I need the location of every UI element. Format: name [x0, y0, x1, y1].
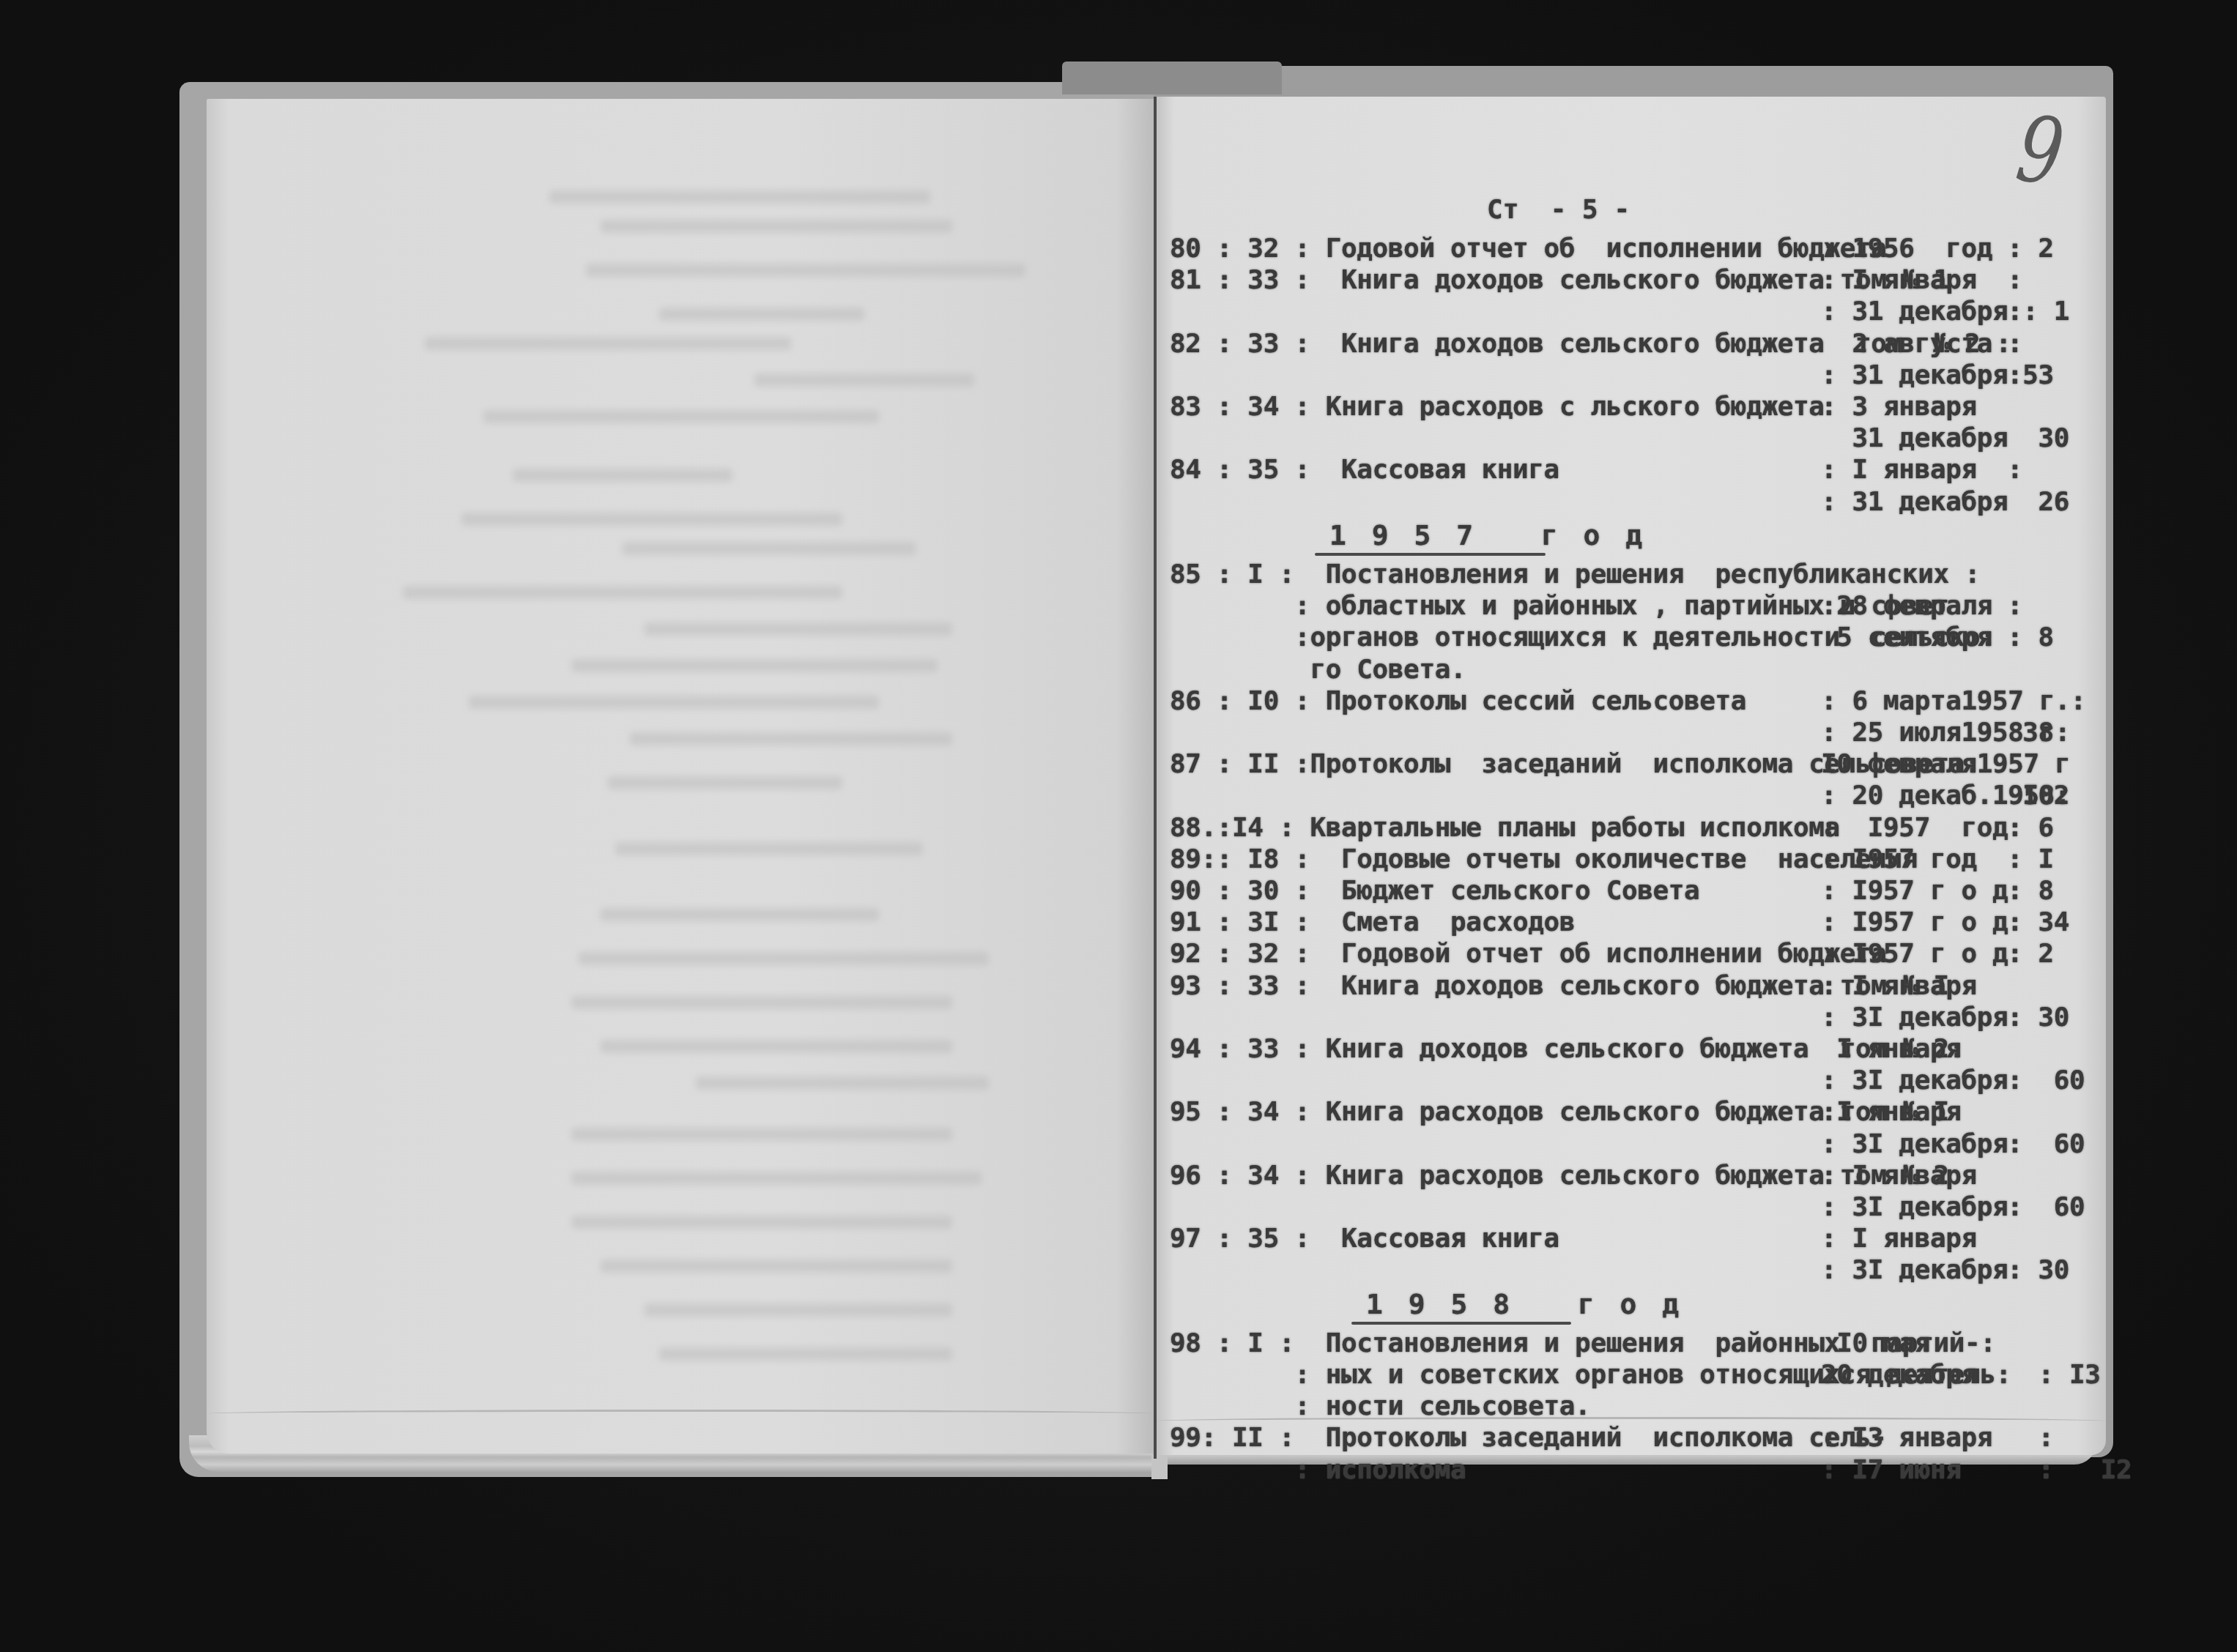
item-dates: : I957 г о д: [1821, 907, 2008, 939]
item-dates: : I957 год: [1821, 812, 2008, 844]
item-description: : ности сельсовета.: [1170, 1391, 1590, 1423]
item-sheet-count: :: [2007, 590, 2022, 622]
item-description: 92 : 32 : Годовой отчет об исполнении бю…: [1170, 938, 1887, 970]
bleed-through-mark: [571, 659, 938, 672]
item-dates: : 3 января: [1821, 391, 1977, 423]
item-dates: : I957 г о д: [1821, 938, 2008, 970]
bleed-through-mark: [469, 696, 879, 709]
item-dates: I0 мая: [1821, 1328, 1930, 1360]
item-dates: : I января: [1821, 1160, 1977, 1192]
item-dates: :28 февраля: [1821, 590, 1992, 622]
item-sheet-count: :: 1: [2007, 296, 2069, 328]
item-sheet-count: : I3: [2007, 1359, 2101, 1391]
item-sheet-count: : 34: [2007, 907, 2069, 939]
item-dates: : I января: [1821, 1223, 1977, 1255]
bleed-through-mark: [403, 586, 842, 599]
bleed-through-mark: [571, 996, 952, 1009]
item-dates: 20 декабря: [1821, 1359, 1977, 1391]
item-dates: : 31 декабря: [1821, 360, 2008, 392]
item-sheet-count: : 30: [2007, 1002, 2069, 1034]
bleed-through-mark: [571, 1172, 982, 1185]
bleed-through-mark: [483, 410, 879, 423]
bleed-through-mark: [659, 308, 864, 321]
item-description: го Совета.: [1170, 654, 1466, 686]
bleed-through-mark: [579, 952, 989, 965]
item-sheet-count: 26: [2007, 486, 2069, 518]
bleed-through-mark: [623, 542, 916, 555]
book-gutter: [1154, 97, 1157, 1459]
item-sheet-count: : 8: [2007, 622, 2054, 654]
bleed-through-mark: [571, 1216, 952, 1229]
item-dates: : 3I декабря: [1821, 1254, 2008, 1287]
item-dates: : 3I декабря: [1821, 1065, 2008, 1097]
bleed-through-mark: [601, 1260, 952, 1273]
year-heading-underline: [1315, 553, 1546, 556]
item-dates: : 3I декабря: [1821, 1191, 2008, 1224]
item-dates: : I3 января: [1821, 1422, 1992, 1454]
bleed-through-mark: [645, 1303, 952, 1317]
item-dates: : I7 июня: [1821, 1454, 1961, 1487]
item-sheet-count: : I: [2007, 844, 2054, 876]
page-curl-left: [207, 1410, 1154, 1418]
year-heading: 1 9 5 7 г о д: [1329, 519, 1647, 551]
item-dates: : I957 год: [1821, 844, 1977, 876]
item-dates: : I957 г о д: [1821, 875, 2008, 907]
item-sheet-count: :: [2007, 328, 2022, 360]
spine-head: [1062, 62, 1282, 94]
item-dates: :I января: [1821, 1096, 1961, 1128]
bleed-through-mark: [608, 776, 842, 789]
item-sheet-count: :: [2007, 264, 2022, 297]
bleed-through-mark: [615, 842, 923, 855]
bleed-through-mark: [696, 1076, 989, 1090]
item-dates: : I января: [1821, 454, 1977, 486]
bleed-through-mark: [586, 264, 1025, 277]
item-dates: I января: [1821, 1033, 1961, 1065]
item-dates: : 31 декабря: [1821, 296, 2008, 328]
bleed-through-mark: [549, 190, 930, 204]
item-description: 99: II : Протоколы заседаний исполкома с…: [1170, 1422, 1887, 1454]
item-sheet-count: : 6: [2007, 812, 2054, 844]
item-description: : исполкома: [1170, 1454, 1466, 1487]
item-description: 88.:I4 : Квартальные планы работы исполк…: [1170, 812, 1840, 844]
item-sheet-count: : 8: [2007, 875, 2054, 907]
item-description: 86 : I0 : Протоколы сессий сельсовета: [1170, 685, 1746, 718]
bleed-through-mark: [425, 337, 791, 350]
left-page: [207, 99, 1154, 1454]
item-dates: : 31 декабря: [1821, 486, 2008, 518]
bleed-through-mark: [630, 732, 952, 745]
item-description: 90 : 30 : Бюджет сельского Совета: [1170, 875, 1699, 907]
item-description: 83 : 34 : Книга расходов с льского бюдже…: [1170, 391, 1825, 423]
item-dates: I0 февраля1957 г: [1821, 748, 2070, 781]
item-description: 80 : 32 : Годовой отчет об исполнении бю…: [1170, 233, 1887, 265]
item-sheet-count: 38: [2007, 717, 2054, 749]
item-sheet-count: : 2: [2007, 938, 2054, 970]
bleed-through-mark: [601, 908, 879, 921]
item-sheet-count: : 60: [2007, 1128, 2085, 1161]
item-dates: : I января: [1821, 970, 1977, 1002]
page-header: Ст - 5 -: [1487, 195, 1630, 225]
item-sheet-count: :53: [2007, 360, 2054, 392]
bleed-through-mark: [461, 513, 842, 526]
item-description: 89:: I8 : Годовые отчеты околичестве нас…: [1170, 844, 1918, 876]
year-heading-underline: [1351, 1322, 1571, 1325]
item-sheet-count: : I2: [2007, 1454, 2132, 1487]
bleed-through-mark: [513, 469, 732, 482]
item-sheet-count: : 2: [2007, 233, 2054, 265]
item-dates: : 1956 год: [1821, 233, 1992, 265]
item-sheet-count: : 60: [2007, 1191, 2085, 1224]
item-dates: : 3I декабря: [1821, 1002, 2008, 1034]
item-sheet-count: : 60: [2007, 1065, 2085, 1097]
bleed-through-mark: [645, 622, 952, 636]
item-description: 85 : I : Постановления и решения республ…: [1170, 559, 1980, 591]
bleed-through-mark: [571, 1128, 952, 1141]
item-description: 84 : 35 : Кассовая книга: [1170, 454, 1559, 486]
item-sheet-count: :: [2007, 1422, 2054, 1454]
item-sheet-count: :: [2007, 454, 2022, 486]
item-dates: 31 декабря: [1821, 423, 2008, 455]
item-dates: 2 августа: [1821, 328, 1992, 360]
item-description: 91 : 3I : Смета расходов: [1170, 907, 1575, 939]
item-dates: : 3I декабря: [1821, 1128, 2008, 1161]
bleed-through-mark: [601, 220, 952, 233]
year-heading: 1 9 5 8 г о д: [1366, 1288, 1683, 1320]
item-sheet-count: I02: [2007, 780, 2069, 812]
item-dates: : I января: [1821, 264, 1977, 297]
bleed-through-mark: [754, 373, 974, 387]
item-dates: 5 сентября: [1821, 622, 1992, 654]
item-dates: : 6 марта1957 г.:: [1821, 685, 2086, 718]
item-description: 97 : 35 : Кассовая книга: [1170, 1223, 1559, 1255]
bleed-through-mark: [601, 1040, 952, 1053]
bleed-through-mark: [659, 1347, 952, 1361]
item-sheet-count: 30: [2007, 423, 2069, 455]
item-sheet-count: : 30: [2007, 1254, 2069, 1287]
